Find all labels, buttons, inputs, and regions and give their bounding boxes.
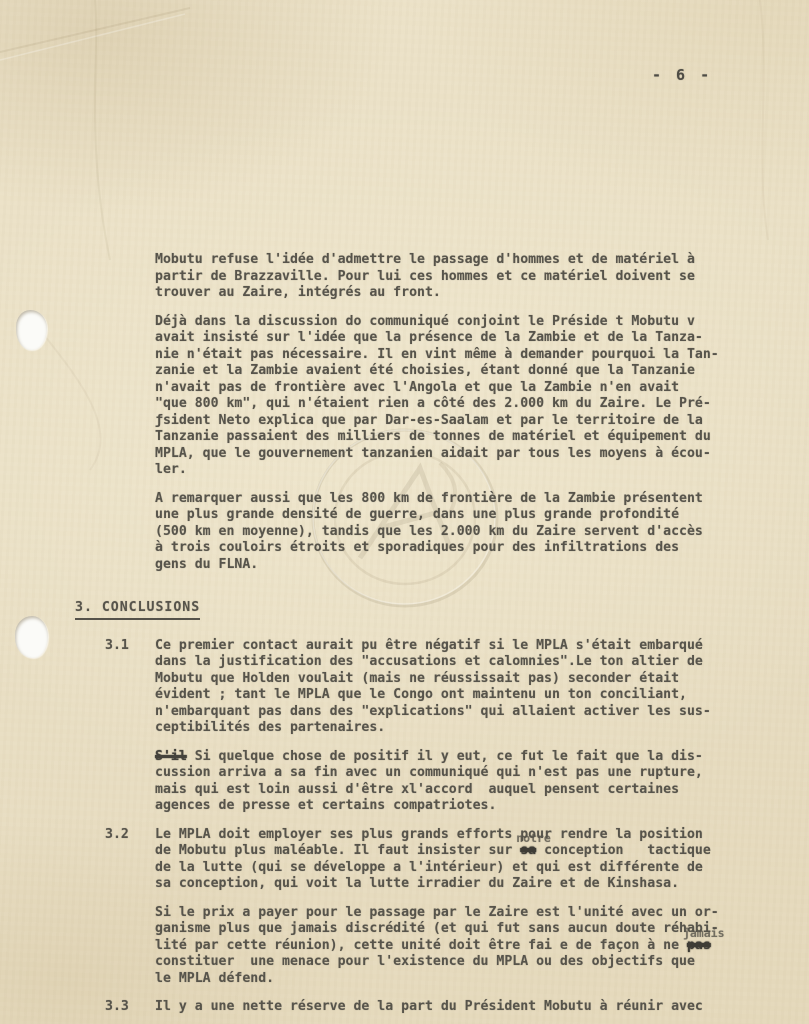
text-line: partir de Brazzaville. Pour lui ces homm… [155, 269, 735, 286]
section-number: 3.2 [105, 827, 129, 844]
text-line: Mobutu refuse l'idée d'admettre le passa… [155, 252, 735, 269]
text-line: Il y a une nette réserve de la part du P… [155, 999, 735, 1016]
page-number: - 6 - [652, 66, 712, 84]
text-line: ganisme plus que jamais discrédité (et q… [155, 921, 735, 938]
text-line: Mobutu que Holden voulait (mais ne réuss… [155, 671, 735, 688]
text-line: à trois couloirs étroits et sporadiques … [155, 540, 735, 557]
typed-correction: notresa [520, 843, 536, 860]
text-line: évident ; tant le MPLA que le Congo ont … [155, 687, 735, 704]
inserted-word-above: jamais [683, 925, 725, 942]
text-line: une plus grande densité de guerre, dans … [155, 507, 735, 524]
left-upper-punch-hole [16, 310, 47, 350]
struck-out-word: S'il [155, 749, 187, 764]
document-page: - 6 - Mobutu refuse l'idée d'admettre le… [0, 0, 809, 1024]
text-line: n'embarquant pas dans des "explications"… [155, 704, 735, 721]
text-line: n'avait pas de frontière avec l'Angola e… [155, 380, 735, 397]
text-line: S'il Si quelque chose de positif il y eu… [155, 749, 735, 766]
text-line: trouver au Zaire, intégrés au front. [155, 285, 735, 302]
text-line: ceptibilités des partenaires. [155, 720, 735, 737]
inserted-word-above: notre [516, 830, 551, 847]
document-content: Mobutu refuse l'idée d'admettre le passa… [155, 252, 735, 1024]
paragraph: Mobutu refuse l'idée d'admettre le passa… [155, 252, 735, 302]
text-line: MPLA, que le gouvernement tanzanien aida… [155, 446, 735, 463]
paragraph: Si le prix a payer pour le passage par l… [155, 905, 735, 988]
text-line: "que 800 km", qui n'étaient rien a côté … [155, 396, 735, 413]
text-line: zanie et la Zambie avaient été choisies,… [155, 363, 735, 380]
typed-correction: jamaispas [687, 938, 711, 955]
section-heading: 3. CONCLUSIONS [75, 600, 200, 620]
text-line: ler. [155, 462, 735, 479]
text-line: Le MPLA doit employer ses plus grands ef… [155, 827, 735, 844]
numbered-section: 3.1Ce premier contact aurait pu être nég… [155, 638, 735, 737]
text-line: de la lutte (qui se développe a l'intéri… [155, 860, 735, 877]
paragraph: A remarquer aussi que les 800 km de fron… [155, 491, 735, 574]
text-line: Ce premier contact aurait pu être négati… [155, 638, 735, 655]
text-line: ƒsident Neto explica que par Dar-es-Saal… [155, 413, 735, 430]
numbered-section: 3.2Le MPLA doit employer ses plus grands… [155, 827, 735, 893]
text-line: A remarquer aussi que les 800 km de fron… [155, 491, 735, 508]
section-number: 3.1 [105, 638, 129, 655]
text-line: cussion arriva a sa fin avec un communiq… [155, 765, 735, 782]
text-line: de Mobutu plus maléable. Il faut insiste… [155, 843, 735, 860]
text-line: mais qui est loin aussi d'être xl'accord… [155, 782, 735, 799]
text-line: dans la justification des "accusations e… [155, 654, 735, 671]
paragraph: S'il Si quelque chose de positif il y eu… [155, 749, 735, 815]
section-number: 3.3 [105, 999, 129, 1016]
text-line: nie n'était pas nécessaire. Il en vint m… [155, 347, 735, 364]
text-line: constituer une menace pour l'existence d… [155, 954, 735, 971]
numbered-section: 3.3Il y a une nette réserve de la part d… [155, 999, 735, 1016]
left-lower-punch-hole [15, 616, 48, 658]
text-line: Déjà dans la discussion do communiqué co… [155, 314, 735, 331]
text-line: Si le prix a payer pour le passage par l… [155, 905, 735, 922]
text-line: avait insisté sur l'idée que la présence… [155, 330, 735, 347]
text-line: Tanzanie passaient des milliers de tonne… [155, 429, 735, 446]
text-line: lité par cette réunion), cette unité doi… [155, 938, 735, 955]
text-line: gens du FLNA. [155, 557, 735, 574]
text-line: agences de presse et certains compatriot… [155, 798, 735, 815]
paragraph: Déjà dans la discussion do communiqué co… [155, 314, 735, 479]
text-line: sa conception, qui voit la lutte irradie… [155, 876, 735, 893]
text-line: (500 km en moyenne), tandis que les 2.00… [155, 524, 735, 541]
text-line: le MPLA défend. [155, 971, 735, 988]
